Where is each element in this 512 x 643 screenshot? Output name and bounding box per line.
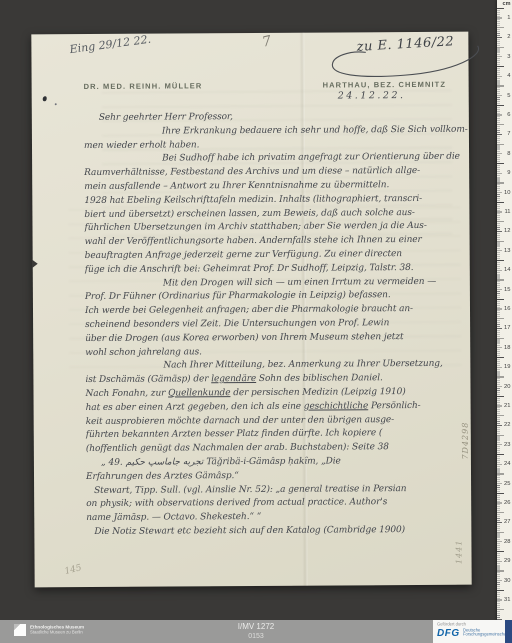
ruler-number: 9 [507,170,510,176]
funding-block: Gefördert durch DFG Deutsche Forschungsg… [433,620,505,643]
ruler-number: 16 [504,306,510,312]
ruler-number: 23 [504,442,510,448]
ruler-number: 29 [504,558,510,564]
funding-prefix: Gefördert durch [437,622,466,627]
ruler-number: 18 [504,345,510,351]
ruler-number: 6 [507,112,510,118]
ruler-unit-label: cm [503,1,511,7]
ruler-number: 1 [507,15,510,21]
footer-bar: Ethnologisches Museum Staatliche Museen … [0,620,512,643]
ruler-number: 22 [504,422,510,428]
ruler-number: 12 [504,228,510,234]
ruler-number: 11 [504,209,510,215]
pencil-page-number: 7 [261,33,273,51]
ruler-number: 4 [507,73,510,79]
handwritten-line: Die Notiz Stewart etc bezieht sich auf d… [94,525,472,541]
measurement-ruler: cm 1234567891011121314151617181920212223… [497,0,512,643]
letterhead: DR. MED. REINH. MÜLLER HARTHAU, BEZ. CHE… [32,80,469,83]
folio-number-pencil: 145 [64,563,83,577]
dfg-logo-icon: DFG [437,628,460,639]
ruler-number: 3 [507,54,510,60]
ruler-number: 24 [504,461,510,467]
ruler-number: 17 [504,325,510,331]
ink-blot [55,103,57,105]
file-reference: zu E. 1146/22 [329,31,482,58]
ruler-number: 13 [504,248,510,254]
ruler-number: 10 [504,190,510,196]
footer-edge-stripe [505,620,512,643]
ruler-number: 8 [507,151,510,157]
reference-flourish-icon [325,37,487,84]
ruler-number: 26 [504,500,510,506]
ruler-number: 27 [504,519,510,525]
letterhead-sender: DR. MED. REINH. MÜLLER [84,81,203,91]
received-date-note: Eing 29/12 22. [69,33,152,56]
funding-name-line2: Forschungsgemeinschaft [463,634,505,639]
funding-name: Deutsche Forschungsgemeinschaft [463,629,505,638]
ruler-number: 2 [507,34,510,40]
ruler-number: 14 [504,267,510,273]
ink-blot [43,96,47,101]
ruler-number: 19 [504,364,510,370]
scan-viewer: cm 1234567891011121314151617181920212223… [0,0,512,643]
archive-number-pencil: 1441 [454,540,463,564]
ruler-number: 20 [504,384,510,390]
ruler-number: 5 [507,93,510,99]
ruler-number: 15 [504,287,510,293]
archive-number-pencil: 7D4298 [461,422,470,460]
letter-body: Sehr geehrter Herr Professor,Ihre Erkran… [84,111,473,541]
ruler-number: 30 [504,578,510,584]
ruler-number: 21 [504,403,510,409]
letter-date: 24.12.22. [338,90,406,101]
ruler-number: 28 [504,539,510,545]
letterhead-place: HARTHAU, BEZ. CHEMNITZ [323,80,446,90]
paper-edge-notch [32,259,38,268]
funding-logo-row: DFG Deutsche Forschungsgemeinschaft [437,628,505,639]
paper: Eing 29/12 22. 7 zu E. 1146/22 DR. MED. … [31,32,471,588]
ruler-number: 7 [507,131,510,137]
ruler-number: 25 [504,481,510,487]
ruler-number: 31 [504,597,510,603]
